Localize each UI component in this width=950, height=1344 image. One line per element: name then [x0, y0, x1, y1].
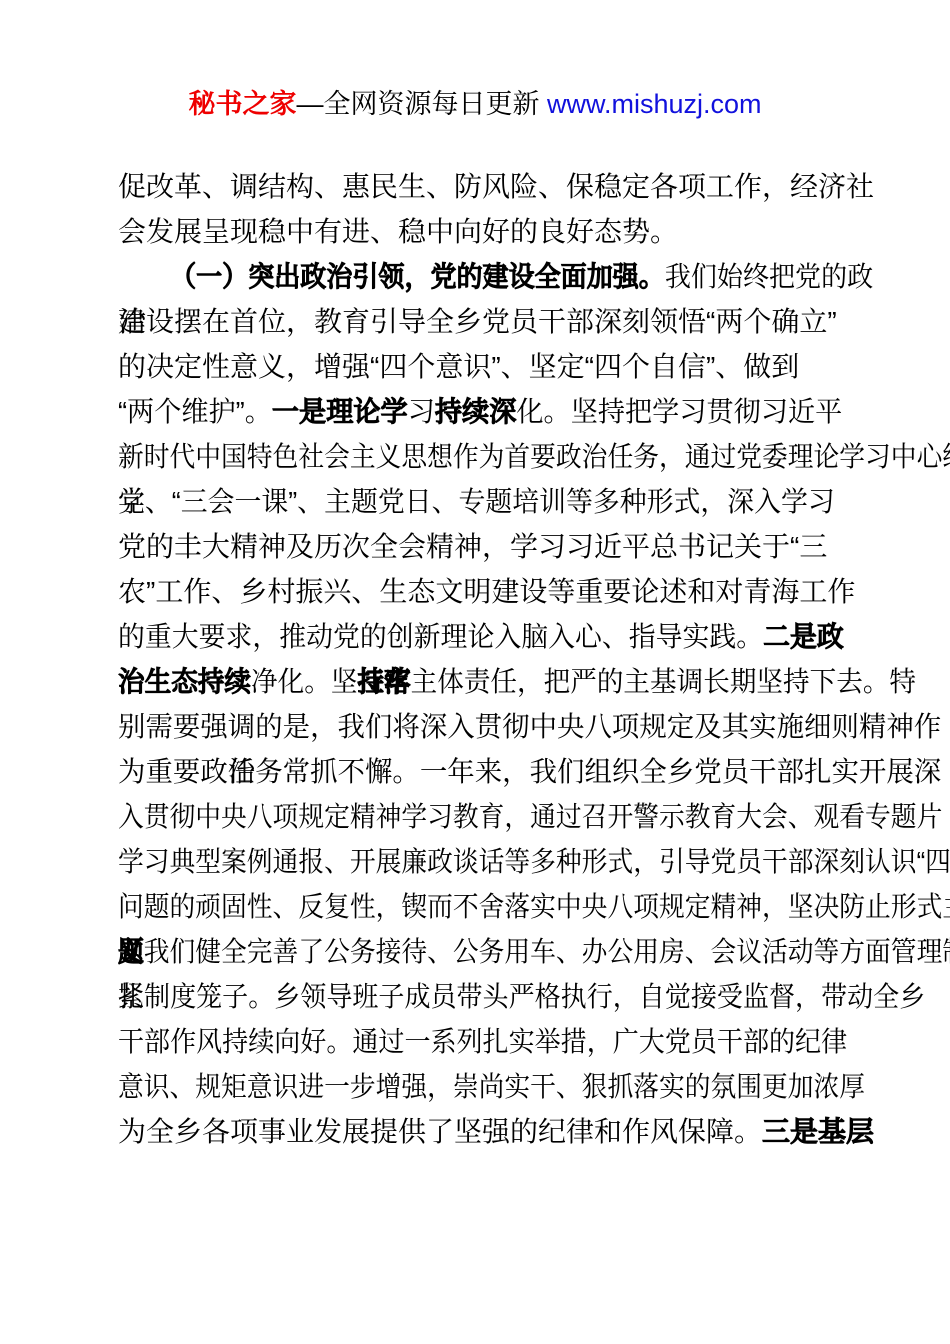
text-run: 学习典型案例通报、开展廉政谈话等多种形式，引导党员干部深刻认识“四	[118, 846, 950, 877]
bold-text-run: 三是基层	[762, 1116, 874, 1147]
text-run: 为重要政	[118, 756, 228, 787]
text-run: 净化。坚	[251, 666, 357, 697]
overlapped-glyph: 学党	[118, 479, 145, 524]
text-line: 农”工作、乡村振兴、生态文明建设等重要论述和对青海工作	[118, 569, 950, 614]
text-line: 促改革、调结构、惠民生、防风险、保稳定各项工作，经济社	[118, 164, 950, 209]
text-run: 务常抓不懈。一年来，我们组织全乡党员干部扎实开展深	[255, 756, 941, 787]
text-line: 意识、规矩意识进一步增强，崇尚实干、狠抓落实的氛围更加浓厚	[118, 1064, 950, 1109]
text-run: 入贯彻中央八项规定精神学习教育，通过召开警示教育大会、观看专题片	[118, 801, 942, 832]
overlapped-glyph: 二十	[174, 524, 202, 569]
text-line: 为重要政治任务常抓不懈。一年来，我们组织全乡党员干部扎实开展深	[118, 749, 950, 794]
bold-text-run: 持续深	[435, 396, 516, 427]
text-run: 意识、规矩意识进一步增强，崇尚实干、狠抓落实的氛围更加浓厚	[118, 1071, 865, 1102]
text-line: （一）突出政治引领，党的建设全面加强。我们始终把党的政	[118, 254, 950, 299]
text-run: 习	[408, 396, 435, 427]
text-run: 促改革、调结构、惠民生、防风险、保稳定各项工作，经济社	[118, 171, 874, 202]
text-run: 制度笼子。乡领导班子成员带头严格执行，自觉接受监督，带动全乡	[144, 981, 925, 1012]
text-run: 的重大要求，推动党的创新理论入脑入心、指导实践。	[118, 621, 763, 652]
overlapped-glyph: 扎紧	[118, 974, 144, 1019]
bold-text-run: 治生态持续	[118, 666, 251, 697]
overlapped-glyph: 义题	[118, 929, 144, 974]
site-url-link[interactable]: www.mishuzj.com	[547, 89, 762, 119]
text-line: 治建设摆在首位，教育引导全乡党员干部深刻领悟“两个确立”	[118, 299, 950, 344]
text-line: 为全乡各项事业发展提供了坚强的纪律和作风保障。三是基层	[118, 1109, 950, 1154]
text-run: 农”工作、乡村振兴、生态文明建设等重要论述和对青海工作	[118, 576, 855, 607]
text-run: 大精神及历次全会精神，学习习近平总书记关于“三	[202, 531, 827, 562]
text-line: 干部作风持续向好。通过一系列扎实举措，广大党员干部的纪律	[118, 1019, 950, 1064]
text-line: 党的二十大精神及历次全会精神，学习习近平总书记关于“三	[118, 524, 950, 569]
site-header: 秘书之家—全网资源每日更新 www.mishuzj.com	[0, 86, 950, 122]
text-run: 干部作风持续向好。通过一系列扎实举措，广大党员干部的纪律	[118, 1026, 847, 1057]
text-run: 新时代中国特色社会主义思想作为首要政治任务，通过党委理论学习中心组	[118, 441, 950, 472]
document-body: 促改革、调结构、惠民生、防风险、保稳定各项工作，经济社会发展呈现稳中有进、稳中向…	[118, 164, 950, 1154]
overlapped-glyph: 持扛	[357, 659, 384, 704]
text-run: 主体责任，把严的主基调长期坚持下去。特	[411, 666, 916, 697]
site-name: 秘书之家	[188, 89, 296, 119]
text-line: 会发展呈现稳中有进、稳中向好的良好态势。	[118, 209, 950, 254]
document-page: 秘书之家—全网资源每日更新 www.mishuzj.com 促改革、调结构、惠民…	[0, 0, 950, 1344]
text-line: 学党、“三会一课”、主题党日、专题培训等多种形式，深入学习	[118, 479, 950, 524]
text-line: 治生态持续净化。坚持扛牢落主体责任，把严的主基调长期坚持下去。特	[118, 659, 950, 704]
text-run: 我们健全完善了公务接待、公务用车、办公用房、会议活动等方面管理制	[144, 936, 950, 967]
text-line: 入贯彻中央八项规定精神学习教育，通过召开警示教育大会、观看专题片	[118, 794, 950, 839]
overlapped-glyph: 牢落	[384, 659, 411, 704]
text-run: 的决定性意义，增强“四个意识”、坚定“四个自信”、做到	[118, 351, 799, 382]
site-tagline: —全网资源每日更新	[296, 89, 547, 119]
text-line: 的重大要求，推动党的创新理论入脑入心、指导实践。二是政	[118, 614, 950, 659]
text-run: 党的	[118, 531, 174, 562]
text-line: 义题我们健全完善了公务接待、公务用车、办公用房、会议活动等方面管理制	[118, 929, 950, 974]
text-line: 扎紧制度笼子。乡领导班子成员带头严格执行，自觉接受监督，带动全乡	[118, 974, 950, 1019]
text-run: 我们始终把党的政	[665, 261, 873, 292]
text-run: 为全乡各项事业发展提供了坚强的纪律和作风保障。	[118, 1116, 762, 1147]
text-run: 化。坚持把学习贯彻习近平	[516, 396, 842, 427]
text-run: 别需要强调的是，我们将深入贯彻中央八项规定及其实施细则精神作	[118, 711, 941, 742]
text-line: “两个维护”。一是理论学习持续深化。坚持把学习贯彻习近平	[118, 389, 950, 434]
text-line: 的决定性意义，增强“四个意识”、坚定“四个自信”、做到	[118, 344, 950, 389]
text-line: 学习典型案例通报、开展廉政谈话等多种形式，引导党员干部深刻认识“四	[118, 839, 950, 884]
text-line: 新时代中国特色社会主义思想作为首要政治任务，通过党委理论学习中心组	[118, 434, 950, 479]
overlapped-glyph: 治任	[228, 749, 255, 794]
text-line: 问题的顽固性、反复性，锲而不舍落实中央八项规定精神，坚决防止形式主	[118, 884, 950, 929]
bold-text-run: 一是理论学	[272, 396, 408, 427]
text-run: 设摆在首位，教育引导全乡党员干部深刻领悟“两个确立”	[146, 306, 837, 337]
text-run: 会发展呈现稳中有进、稳中向好的良好态势。	[118, 216, 678, 247]
text-run: 、“三会一课”、主题党日、专题培训等多种形式，深入学习	[145, 486, 835, 517]
text-run: “两个维护”。	[118, 396, 272, 427]
bold-text-run: （一）突出政治引领，党的建设全面加强。	[170, 261, 665, 292]
overlapped-glyph: 治建	[118, 299, 146, 344]
text-line: 别需要强调的是，我们将深入贯彻中央八项规定及其实施细则精神作	[118, 704, 950, 749]
bold-text-run: 二是政	[763, 621, 844, 652]
text-run: 问题的顽固性、反复性，锲而不舍落实中央八项规定精神，坚决防止形式主	[118, 891, 950, 922]
